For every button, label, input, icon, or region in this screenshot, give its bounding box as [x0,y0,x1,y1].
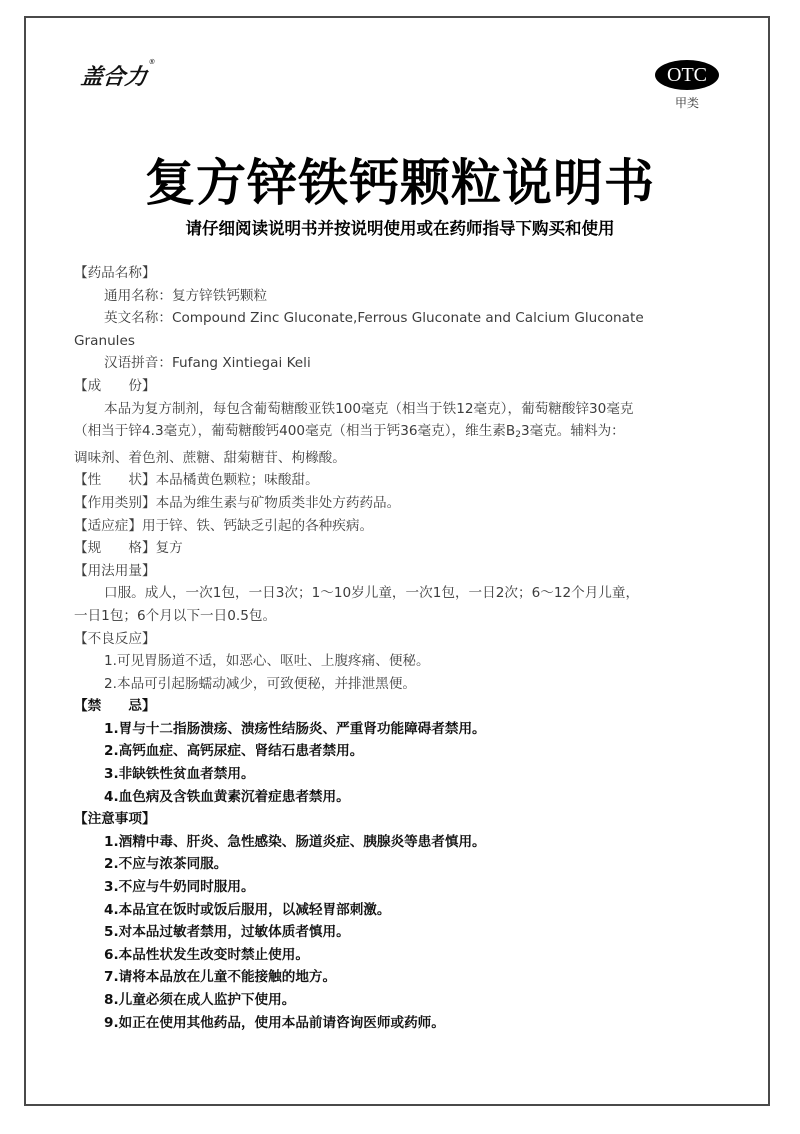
adverse-reaction-item: 1.可见胃肠道不适，如恶心、呕吐、上腹疼痛、便秘。 [74,650,714,673]
section-indications: 【适应症】用于锌、铁、钙缺乏引起的各种疾病。 [74,515,714,538]
precaution-item: 6.本品性状发生改变时禁止使用。 [74,944,714,967]
composition-line-2-text: （相当于锌4.3毫克），葡萄糖酸钙400毫克（相当于钙36毫克），维生素B [74,423,515,439]
indications-text: 用于锌、铁、钙缺乏引起的各种疾病。 [142,518,373,534]
section-heading-composition: 【成 份】 [74,375,714,398]
section-heading-description: 【性 状】 [74,472,156,488]
otc-marker: OTC 甲类 [654,60,720,111]
composition-line-2: （相当于锌4.3毫克），葡萄糖酸钙400毫克（相当于钙36毫克），维生素B23毫… [74,420,714,447]
composition-line-2-rest: 3毫克。辅料为： [521,423,625,439]
section-category: 【作用类别】本品为维生素与矿物质类非处方药药品。 [74,492,714,515]
generic-name: 通用名称：复方锌铁钙颗粒 [74,285,714,308]
section-specification: 【规 格】复方 [74,537,714,560]
section-heading-adverse-reactions: 【不良反应】 [74,628,714,651]
description-text: 本品橘黄色颗粒；味酸甜。 [156,472,319,488]
contraindication-item: 4.血色病及含铁血黄素沉着症患者禁用。 [74,786,714,809]
otc-class-label: 甲类 [654,94,720,111]
specification-text: 复方 [156,540,183,556]
brand-logo: 盖合力® [79,60,155,91]
precaution-item: 3.不应与牛奶同时服用。 [74,876,714,899]
precaution-item: 1.酒精中毒、肝炎、急性感染、肠道炎症、胰腺炎等患者慎用。 [74,831,714,854]
document-subtitle: 请仔细阅读说明书并按说明使用或在药师指导下购买和使用 [0,217,800,241]
section-heading-category: 【作用类别】 [74,495,156,511]
section-heading-contraindications: 【禁 忌】 [74,695,714,718]
brand-logo-text: 盖合力 [79,65,148,90]
precaution-item: 8.儿童必须在成人监护下使用。 [74,989,714,1012]
precaution-item: 5.对本品过敏者禁用，过敏体质者慎用。 [74,921,714,944]
composition-line-1: 本品为复方制剂，每包含葡萄糖酸亚铁100毫克（相当于铁12毫克），葡萄糖酸锌30… [74,398,714,421]
contraindication-item: 1.胃与十二指肠溃疡、溃疡性结肠炎、严重肾功能障碍者禁用。 [74,718,714,741]
adverse-reaction-item: 2.本品可引起肠蠕动减少，可致便秘，并排泄黑便。 [74,673,714,696]
pinyin-name: 汉语拼音：Fufang Xintiegai Keli [74,352,714,375]
contraindication-item: 2.高钙血症、高钙尿症、肾结石患者禁用。 [74,740,714,763]
section-heading-precautions: 【注意事项】 [74,808,714,831]
leaflet-body: 【药品名称】 通用名称：复方锌铁钙颗粒 英文名称：Compound Zinc G… [74,262,714,1034]
section-description: 【性 状】本品橘黄色颗粒；味酸甜。 [74,469,714,492]
otc-badge-icon: OTC [655,60,719,90]
precaution-item: 7.请将本品放在儿童不能接触的地方。 [74,966,714,989]
dosage-line-1: 口服。成人，一次1包，一日3次；1～10岁儿童，一次1包，一日2次；6～12个月… [74,582,714,605]
composition-line-3: 调味剂、着色剂、蔗糖、甜菊糖苷、枸橼酸。 [74,447,714,470]
precaution-item: 2.不应与浓茶同服。 [74,853,714,876]
english-name: 英文名称：Compound Zinc Gluconate,Ferrous Glu… [74,307,714,330]
precaution-item: 4.本品宜在饭时或饭后服用，以减轻胃部刺激。 [74,899,714,922]
english-name-continued: Granules [74,330,714,353]
section-heading-drug-name: 【药品名称】 [74,262,714,285]
registered-mark-icon: ® [148,58,156,66]
section-heading-dosage: 【用法用量】 [74,560,714,583]
precaution-item: 9.如正在使用其他药品，使用本品前请咨询医师或药师。 [74,1012,714,1035]
category-text: 本品为维生素与矿物质类非处方药药品。 [156,495,401,511]
section-heading-specification: 【规 格】 [74,540,156,556]
document-title: 复方锌铁钙颗粒说明书 [0,148,800,218]
section-heading-indications: 【适应症】 [74,518,142,534]
contraindication-item: 3.非缺铁性贫血者禁用。 [74,763,714,786]
dosage-line-2: 一日1包；6个月以下一日0.5包。 [74,605,714,628]
